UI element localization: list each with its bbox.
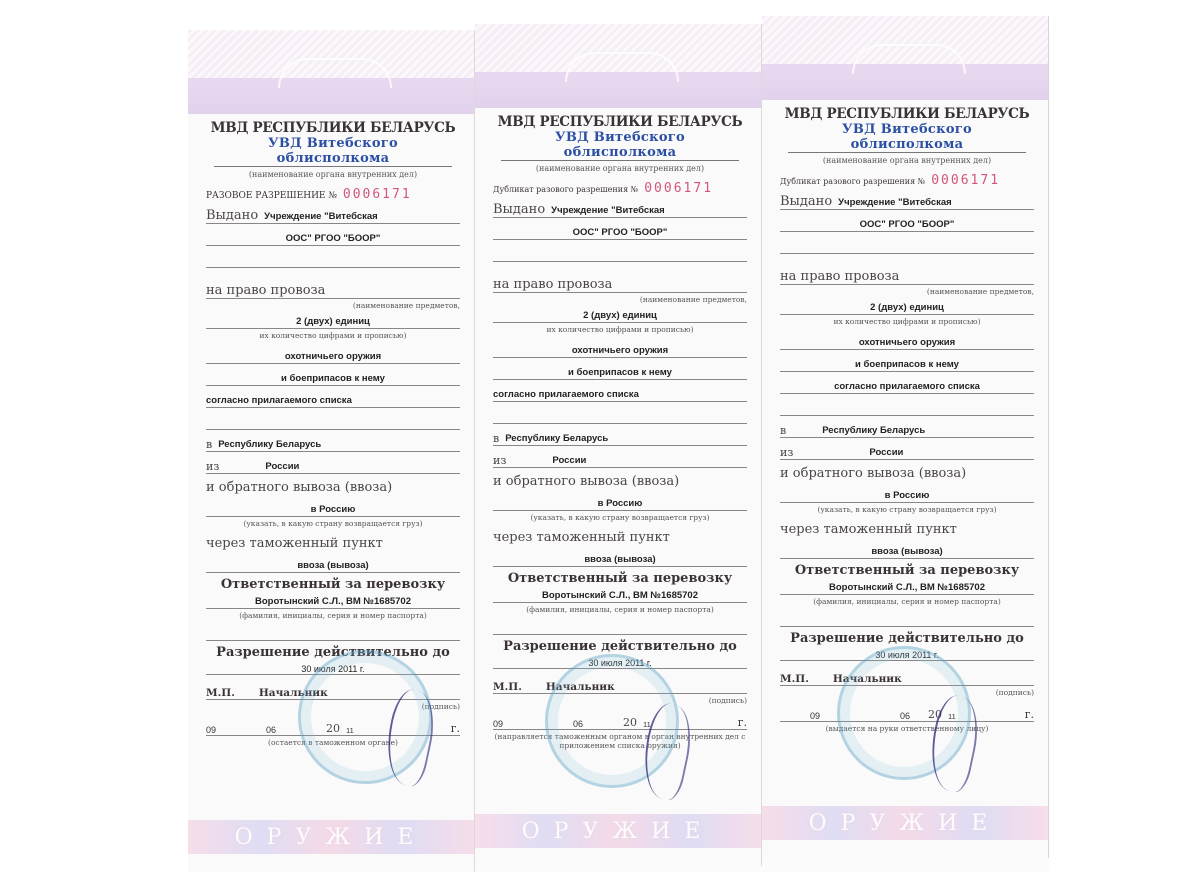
watermark-emblem-icon: [852, 44, 966, 74]
item-row-2: и боеприпасов к нему: [206, 364, 460, 386]
to-row: вРеспублику Беларусь: [780, 416, 1034, 438]
chief-row: М.П.Начальник: [206, 675, 460, 700]
right-row: на право провоза: [206, 268, 460, 299]
date-day: 09: [810, 711, 820, 721]
customs-value-row: ввоза (вывоза): [206, 551, 460, 573]
quantity-value: 2 (двух) единиц: [870, 302, 944, 314]
mp-label: М.П.: [493, 681, 522, 693]
item-row-3: согласно прилагаемого списка: [493, 380, 747, 402]
blank-row: [780, 232, 1034, 254]
right-row: на право провоза: [493, 262, 747, 293]
signature-caption: (подпись): [780, 688, 1034, 697]
blank-row-3: [780, 608, 1034, 627]
chief-label: Начальник: [259, 687, 328, 699]
valid-date: 30 июля 2011 г.: [301, 664, 364, 674]
return-caption: (указать, в какую страну возвращается гр…: [493, 513, 747, 522]
valid-date-row: 30 июля 2011 г.: [493, 654, 747, 669]
to-value: Республику Беларусь: [218, 439, 321, 451]
department-caption: (наименование органа внутренних дел): [780, 156, 1034, 165]
to-row: вРеспублику Беларусь: [206, 430, 460, 452]
to-value: Республику Беларусь: [505, 433, 608, 445]
responsible-caption: (фамилия, инициалы, серия и номер паспор…: [206, 611, 460, 620]
from-row: изРоссии: [780, 438, 1034, 460]
customs-label: через таможенный пункт: [780, 522, 957, 537]
from-value: России: [265, 461, 299, 473]
return-value: в Россию: [885, 490, 930, 502]
customs-value: ввоза (вывоза): [584, 554, 655, 566]
date-month: 06: [573, 719, 583, 729]
chief-row: М.П.Начальник: [493, 669, 747, 694]
permit-sheet: МВД РЕСПУБЛИКИ БЕЛАРУСЬ УВД Витебского о…: [188, 30, 1050, 872]
ministry-title: МВД РЕСПУБЛИКИ БЕЛАРУСЬ: [493, 114, 747, 130]
return-caption: (указать, в какую страну возвращается гр…: [206, 519, 460, 528]
quantity-value: 2 (двух) единиц: [583, 310, 657, 322]
customs-row: через таможенный пункт: [206, 530, 460, 551]
date-year-unit: г.: [1025, 708, 1034, 721]
signature-caption: (подпись): [493, 696, 747, 705]
from-value: России: [552, 455, 586, 467]
to-value: Республику Беларусь: [822, 425, 925, 437]
valid-label: Разрешение действительно до: [780, 631, 1034, 646]
date-year-unit: г.: [451, 722, 460, 735]
blank-row: [206, 246, 460, 268]
item-row-3: согласно прилагаемого списка: [780, 372, 1034, 394]
issued-to-row-2: ООС" РГОО "БООР": [780, 210, 1034, 232]
responsible-row: Воротынский С.Л., ВМ №1685702: [493, 586, 747, 603]
date-year-unit: г.: [738, 716, 747, 729]
date-year-prefix: 20: [326, 722, 340, 735]
department-name: УВД Витебского облисполкома: [214, 136, 452, 167]
quantity-row: 2 (двух) единиц: [206, 312, 460, 329]
valid-date-row: 30 июля 2011 г.: [780, 646, 1034, 661]
return-row: и обратного вывоза (ввоза): [206, 474, 460, 495]
blank-row-2: [493, 402, 747, 424]
customs-row: через таможенный пункт: [493, 524, 747, 545]
permit-title: Дубликат разового разрешения №: [780, 177, 925, 186]
responsible-value: Воротынский С.Л., ВМ №1685702: [542, 590, 698, 602]
return-value-row: в Россию: [780, 481, 1034, 503]
item-row-2: и боеприпасов к нему: [493, 358, 747, 380]
issued-to-value: Учреждение "Витебская: [264, 211, 378, 223]
right-label: на право провоза: [206, 283, 325, 298]
department-name: УВД Витебского облисполкома: [788, 122, 1026, 153]
return-value: в Россию: [311, 504, 356, 516]
responsible-row: Воротынский С.Л., ВМ №1685702: [780, 578, 1034, 595]
date-year-suffix: 11: [948, 712, 956, 721]
permit-number-row: РАЗОВОЕ РАЗРЕШЕНИЕ № 0006171: [206, 187, 460, 202]
blank-row-2: [206, 408, 460, 430]
return-value: в Россию: [598, 498, 643, 510]
quantity-caption: их количество цифрами и прописью): [206, 331, 460, 340]
customs-label: через таможенный пункт: [493, 530, 670, 545]
date-row: 09 06 2011 г.: [493, 707, 747, 730]
item-row-1: охотничьего оружия: [493, 336, 747, 358]
right-label: на право провоза: [780, 269, 899, 284]
blank-row-2: [780, 394, 1034, 416]
blank-row: [493, 240, 747, 262]
customs-label: через таможенный пункт: [206, 536, 383, 551]
watermark-emblem-icon: [565, 52, 679, 82]
ministry-title: МВД РЕСПУБЛИКИ БЕЛАРУСЬ: [206, 120, 460, 136]
date-year-suffix: 11: [643, 720, 651, 729]
items-caption: (наименование предметов,: [780, 287, 1034, 296]
return-value-row: в Россию: [493, 489, 747, 511]
date-year-suffix: 11: [346, 726, 354, 735]
issued-to-value: Учреждение "Витебская: [551, 205, 665, 217]
item-value-1: охотничьего оружия: [285, 351, 381, 363]
date-day: 09: [206, 725, 216, 735]
responsible-label: Ответственный за перевозку: [780, 563, 1034, 578]
issued-label: Выдано: [780, 194, 832, 209]
issued-to-value-2: ООС" РГОО "БООР": [860, 219, 955, 231]
permit-title: РАЗОВОЕ РАЗРЕШЕНИЕ №: [206, 191, 337, 201]
item-row-3: согласно прилагаемого списка: [206, 386, 460, 408]
department-name: УВД Витебского облисполкома: [501, 130, 739, 161]
item-value-2: и боеприпасов к нему: [568, 367, 672, 379]
quantity-caption: их количество цифрами и прописью): [780, 317, 1034, 326]
issued-label: Выдано: [493, 202, 545, 217]
valid-date-row: 30 июля 2011 г.: [206, 660, 460, 675]
from-label: из: [206, 460, 219, 473]
right-label: на право провоза: [493, 277, 612, 292]
blank-row-3: [493, 616, 747, 635]
item-row-1: охотничьего оружия: [206, 342, 460, 364]
ministry-title: МВД РЕСПУБЛИКИ БЕЛАРУСЬ: [780, 106, 1034, 122]
watermark-emblem-icon: [278, 58, 392, 88]
date-year-prefix: 20: [623, 716, 637, 729]
weapon-watermark: ОРУЖИЕ: [809, 811, 1002, 836]
mp-label: М.П.: [780, 673, 809, 685]
issued-label: Выдано: [206, 208, 258, 223]
from-label: из: [780, 446, 793, 459]
item-value-2: и боеприпасов к нему: [855, 359, 959, 371]
quantity-value: 2 (двух) единиц: [296, 316, 370, 328]
item-value-3: согласно прилагаемого списка: [206, 395, 352, 407]
date-year-prefix: 20: [928, 708, 942, 721]
issued-to-row-2: ООС" РГОО "БООР": [493, 218, 747, 240]
weapon-watermark-band: ОРУЖИЕ: [188, 820, 474, 854]
date-row: 09 06 2011 г.: [206, 713, 460, 736]
to-label: в: [780, 424, 786, 437]
to-label: в: [493, 432, 499, 445]
return-value-row: в Россию: [206, 495, 460, 517]
permit-number: 0006171: [644, 181, 713, 196]
permit-section-duplicate-1: МВД РЕСПУБЛИКИ БЕЛАРУСЬ УВД Витебского о…: [475, 24, 762, 866]
issued-to-row: ВыданоУчреждение "Витебская: [206, 202, 460, 224]
weapon-watermark-band: ОРУЖИЕ: [475, 814, 761, 848]
responsible-caption: (фамилия, инициалы, серия и номер паспор…: [780, 597, 1034, 606]
return-label: и обратного вывоза (ввоза): [493, 474, 679, 489]
issued-to-value: Учреждение "Витебская: [838, 197, 952, 209]
responsible-row: Воротынский С.Л., ВМ №1685702: [206, 592, 460, 609]
issued-to-value-2: ООС" РГОО "БООР": [573, 227, 668, 239]
responsible-caption: (фамилия, инициалы, серия и номер паспор…: [493, 605, 747, 614]
return-label: и обратного вывоза (ввоза): [206, 480, 392, 495]
section-footer-note: (выдается на руки ответственному лицу): [780, 724, 1034, 733]
date-month: 06: [266, 725, 276, 735]
chief-label: Начальник: [546, 681, 615, 693]
return-row: и обратного вывоза (ввоза): [493, 468, 747, 489]
date-day: 09: [493, 719, 503, 729]
date-month: 06: [900, 711, 910, 721]
issued-to-value-2: ООС" РГОО "БООР": [286, 233, 381, 245]
item-value-1: охотничьего оружия: [572, 345, 668, 357]
valid-date: 30 июля 2011 г.: [588, 658, 651, 668]
items-caption: (наименование предметов,: [206, 301, 460, 310]
from-label: из: [493, 454, 506, 467]
quantity-row: 2 (двух) единиц: [493, 306, 747, 323]
chief-row: М.П.Начальник: [780, 661, 1034, 686]
valid-label: Разрешение действительно до: [493, 639, 747, 654]
return-caption: (указать, в какую страну возвращается гр…: [780, 505, 1034, 514]
responsible-label: Ответственный за перевозку: [493, 571, 747, 586]
item-row-1: охотничьего оружия: [780, 328, 1034, 350]
valid-date: 30 июля 2011 г.: [875, 650, 938, 660]
item-value-1: охотничьего оружия: [859, 337, 955, 349]
return-label: и обратного вывоза (ввоза): [780, 466, 966, 481]
customs-value-row: ввоза (вывоза): [780, 537, 1034, 559]
section-footer-note: (остается в таможенном органе): [206, 738, 460, 747]
responsible-value: Воротынский С.Л., ВМ №1685702: [255, 596, 411, 608]
chief-label: Начальник: [833, 673, 902, 685]
valid-label: Разрешение действительно до: [206, 645, 460, 660]
customs-row: через таможенный пункт: [780, 516, 1034, 537]
signature-caption: (подпись): [206, 702, 460, 711]
issued-to-row: ВыданоУчреждение "Витебская: [780, 188, 1034, 210]
return-row: и обратного вывоза (ввоза): [780, 460, 1034, 481]
blank-row-3: [206, 622, 460, 641]
issued-to-row-2: ООС" РГОО "БООР": [206, 224, 460, 246]
permit-number: 0006171: [343, 187, 412, 202]
issued-to-row: ВыданоУчреждение "Витебская: [493, 196, 747, 218]
from-row: изРоссии: [493, 446, 747, 468]
items-caption: (наименование предметов,: [493, 295, 747, 304]
right-row: на право провоза: [780, 254, 1034, 285]
item-value-2: и боеприпасов к нему: [281, 373, 385, 385]
responsible-label: Ответственный за перевозку: [206, 577, 460, 592]
customs-value: ввоза (вывоза): [297, 560, 368, 572]
permit-section-original: МВД РЕСПУБЛИКИ БЕЛАРУСЬ УВД Витебского о…: [188, 30, 475, 872]
to-row: вРеспублику Беларусь: [493, 424, 747, 446]
weapon-watermark: ОРУЖИЕ: [235, 825, 428, 850]
customs-value: ввоза (вывоза): [871, 546, 942, 558]
to-label: в: [206, 438, 212, 451]
from-value: России: [869, 447, 903, 459]
department-caption: (наименование органа внутренних дел): [493, 164, 747, 173]
permit-number-row: Дубликат разового разрешения № 0006171: [493, 181, 747, 196]
responsible-value: Воротынский С.Л., ВМ №1685702: [829, 582, 985, 594]
permit-number: 0006171: [931, 173, 1000, 188]
department-caption: (наименование органа внутренних дел): [206, 170, 460, 179]
customs-value-row: ввоза (вывоза): [493, 545, 747, 567]
quantity-row: 2 (двух) единиц: [780, 298, 1034, 315]
section-footer-note: (направляется таможенным органом в орган…: [493, 732, 747, 750]
quantity-caption: их количество цифрами и прописью): [493, 325, 747, 334]
weapon-watermark-band: ОРУЖИЕ: [762, 806, 1048, 840]
weapon-watermark: ОРУЖИЕ: [522, 819, 715, 844]
item-value-3: согласно прилагаемого списка: [834, 381, 980, 393]
permit-title: Дубликат разового разрешения №: [493, 185, 638, 194]
permit-section-duplicate-2: МВД РЕСПУБЛИКИ БЕЛАРУСЬ УВД Витебского о…: [762, 16, 1049, 858]
mp-label: М.П.: [206, 687, 235, 699]
permit-number-row: Дубликат разового разрешения № 0006171: [780, 173, 1034, 188]
item-row-2: и боеприпасов к нему: [780, 350, 1034, 372]
date-row: 09 06 2011 г.: [780, 699, 1034, 722]
item-value-3: согласно прилагаемого списка: [493, 389, 639, 401]
from-row: изРоссии: [206, 452, 460, 474]
